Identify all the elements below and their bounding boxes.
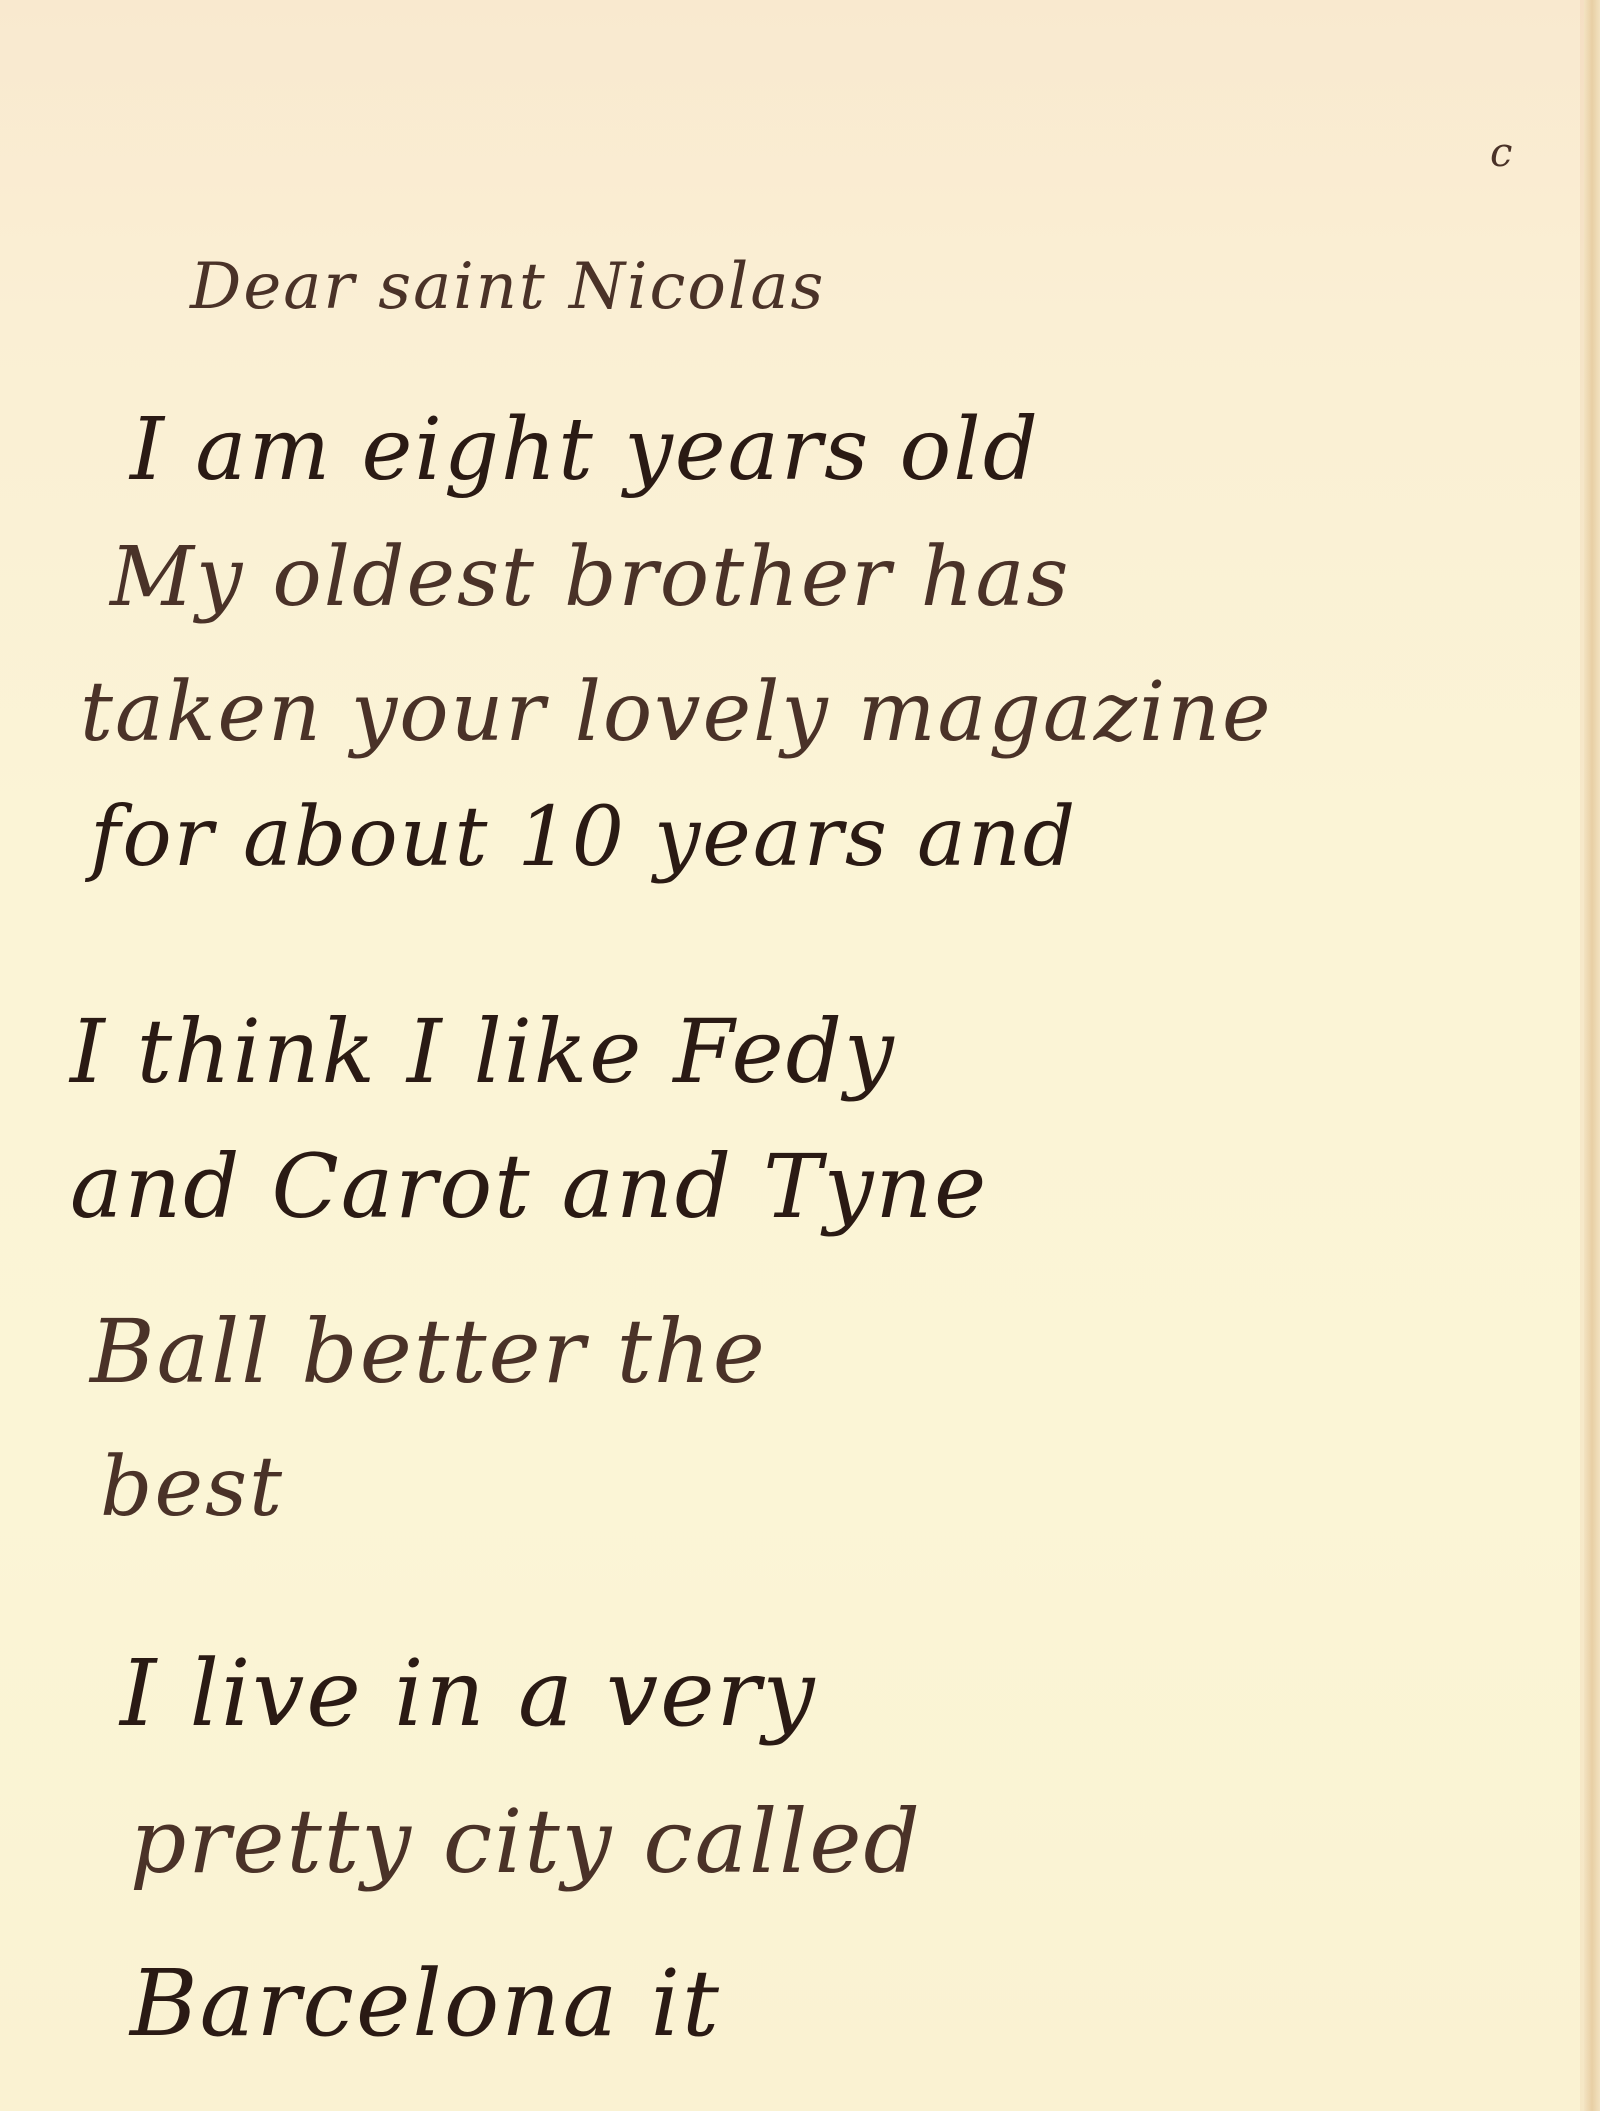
page-right-edge [1584, 0, 1600, 2111]
letter-line-11: Barcelona it [130, 1950, 721, 2057]
letter-greeting: Dear saint Nicolas [190, 250, 825, 324]
corner-mark: c [1490, 130, 1512, 176]
letter-line-1: I am eight years old [130, 400, 1040, 500]
letter-line-9: I live in a very [120, 1640, 816, 1747]
letter-line-2: My oldest brother has [110, 530, 1070, 625]
letter-line-7: Ball better the [90, 1300, 767, 1403]
letter-page: c Dear saint Nicolas I am eight years ol… [0, 0, 1600, 2111]
letter-line-10: pretty city called [130, 1790, 922, 1893]
letter-line-6: and Carot and Tyne [70, 1135, 988, 1238]
letter-line-8: best [100, 1440, 284, 1535]
letter-line-4: for about 10 years and [90, 790, 1077, 885]
letter-line-5: I think I like Fedy [70, 1000, 896, 1103]
letter-line-3: taken your lovely magazine [80, 665, 1273, 760]
